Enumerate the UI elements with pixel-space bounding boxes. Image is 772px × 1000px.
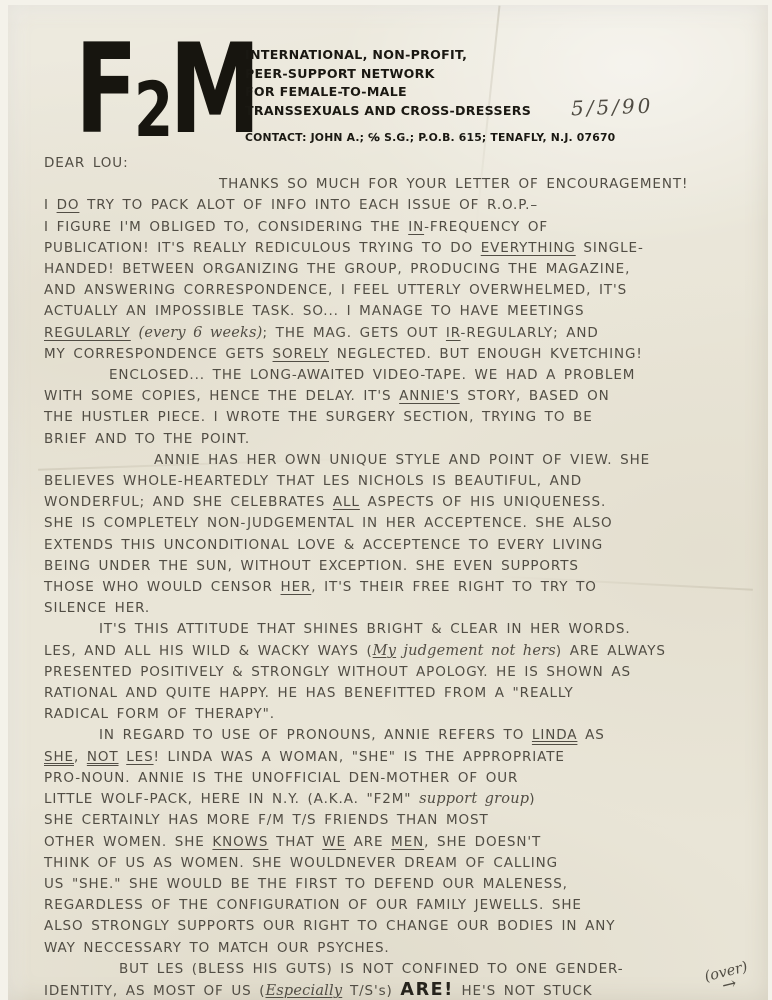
text-segment: ENCLOSED... THE LONG-AWAITED VIDEO-TAPE.… xyxy=(109,367,635,383)
text-segment: ) xyxy=(529,791,535,807)
text-segment: KNOWS xyxy=(212,834,268,850)
text-segment: EVERYTHING xyxy=(481,240,576,256)
letter-line: BEING UNDER THE SUN, WITHOUT EXCEPTION. … xyxy=(44,556,760,577)
text-segment: TRY TO PACK ALOT OF INFO INTO EACH ISSUE… xyxy=(79,197,538,213)
org-line: FOR FEMALE-TO-MALE xyxy=(245,83,615,102)
text-segment: WITH SOME COPIES, HENCE THE DELAY. IT'S xyxy=(44,388,399,404)
text-segment: HE'S NOT STUCK xyxy=(454,983,593,999)
text-segment: REGULARLY xyxy=(44,325,131,341)
org-line: PEER-SUPPORT NETWORK xyxy=(245,65,615,84)
text-segment: ANNIE HAS HER OWN UNIQUE STYLE AND POINT… xyxy=(154,452,650,468)
text-segment: BUT LES (BLESS HIS GUTS) IS NOT CONFINED… xyxy=(119,961,624,977)
text-segment: RADICAL FORM OF THERAPY". xyxy=(44,706,275,722)
text-segment: RATIONAL AND QUITE HAPPY. HE HAS BENEFIT… xyxy=(44,685,574,701)
text-segment: BRIEF AND TO THE POINT. xyxy=(44,431,250,447)
org-description: INTERNATIONAL, NON-PROFIT, PEER-SUPPORT … xyxy=(245,46,615,148)
org-line: INTERNATIONAL, NON-PROFIT, xyxy=(245,46,615,65)
f2m-logo: F 2 M xyxy=(75,43,256,137)
text-segment: IN REGARD TO USE OF PRONOUNS, ANNIE REFE… xyxy=(99,727,532,743)
letter-line: PRESENTED POSITIVELY & STRONGLY WITHOUT … xyxy=(44,662,760,683)
text-segment: (every 6 weeks) xyxy=(138,325,262,341)
text-segment: US "SHE." SHE WOULD BE THE FIRST TO DEFE… xyxy=(44,876,568,892)
letter-line: DEAR LOU: xyxy=(44,153,760,174)
text-segment: LINDA xyxy=(532,727,578,743)
text-segment: , IT'S THEIR FREE RIGHT TO TRY TO xyxy=(311,579,597,595)
letter-line: ALSO STRONGLY SUPPORTS OUR RIGHT TO CHAN… xyxy=(44,916,760,937)
text-segment: SINGLE- xyxy=(576,240,644,256)
text-segment: ASPECTS OF HIS UNIQUENESS. xyxy=(360,494,606,510)
letter-date: 5/5/90 xyxy=(571,94,654,121)
text-segment: WONDERFUL; AND SHE CELEBRATES xyxy=(44,494,333,510)
text-segment: EXTENDS THIS UNCONDITIONAL LOVE & ACCEPT… xyxy=(44,537,603,553)
text-segment: , SHE DOESN'T xyxy=(424,834,541,850)
text-segment: WAY NECCESSARY TO MATCH OUR PSYCHES. xyxy=(44,940,390,956)
text-segment: SORELY xyxy=(273,346,329,362)
text-segment: LES xyxy=(126,749,153,765)
letter-line: THANKS SO MUCH FOR YOUR LETTER OF ENCOUR… xyxy=(44,174,760,195)
text-segment: judgement not hers xyxy=(396,643,556,659)
letter-line: I FIGURE I'M OBLIGED TO, CONSIDERING THE… xyxy=(44,217,760,238)
text-segment: NOT xyxy=(87,749,119,765)
letter-line: US "SHE." SHE WOULD BE THE FIRST TO DEFE… xyxy=(44,874,760,895)
letter-line: ACTUALLY AN IMPOSSIBLE TASK. SO... I MAN… xyxy=(44,301,760,322)
text-segment: THOSE WHO WOULD CENSOR xyxy=(44,579,281,595)
text-segment: SHE CERTAINLY HAS MORE F/M T/S FRIENDS T… xyxy=(44,812,489,828)
text-segment: SHE IS COMPLETELY NON-JUDGEMENTAL IN HER… xyxy=(44,515,613,531)
text-segment: HER xyxy=(281,579,312,595)
letter-line: REGARDLESS OF THE CONFIGURATION OF OUR F… xyxy=(44,895,760,916)
letter-line: EXTENDS THIS UNCONDITIONAL LOVE & ACCEPT… xyxy=(44,535,760,556)
text-segment: ARE xyxy=(346,834,391,850)
text-segment: THE HUSTLER PIECE. I WROTE THE SURGERY S… xyxy=(44,409,593,425)
text-segment: THANKS SO MUCH FOR YOUR LETTER OF ENCOUR… xyxy=(219,176,688,192)
letter-line: BELIEVES WHOLE-HEARTEDLY THAT LES NICHOL… xyxy=(44,471,760,492)
text-segment: ARE! xyxy=(400,980,453,1000)
letter-line: IT'S THIS ATTITUDE THAT SHINES BRIGHT & … xyxy=(44,619,760,640)
letter-line: BUT LES (BLESS HIS GUTS) IS NOT CONFINED… xyxy=(44,959,760,980)
text-segment: support group xyxy=(419,791,529,807)
text-segment: LES, AND ALL HIS WILD & WACKY WAYS ( xyxy=(44,643,373,659)
text-segment: MY CORRESPONDENCE GETS xyxy=(44,346,273,362)
text-segment: OTHER WOMEN. SHE xyxy=(44,834,212,850)
text-segment: DEAR LOU: xyxy=(44,155,129,171)
letter-line: THOSE WHO WOULD CENSOR HER, IT'S THEIR F… xyxy=(44,577,760,598)
text-segment: ALSO STRONGLY SUPPORTS OUR RIGHT TO CHAN… xyxy=(44,918,615,934)
text-segment: PUBLICATION! IT'S REALLY REDICULOUS TRYI… xyxy=(44,240,481,256)
text-segment: AS xyxy=(577,727,604,743)
letter-line: SHE, NOT LES! LINDA WAS A WOMAN, "SHE" I… xyxy=(44,747,760,768)
logo-letter-f: F xyxy=(75,43,133,137)
letter-line: SILENCE HER. xyxy=(44,598,760,619)
text-segment: I xyxy=(44,197,57,213)
text-segment: SILENCE HER. xyxy=(44,600,150,616)
letter-line: REGULARLY (every 6 weeks); THE MAG. GETS… xyxy=(44,323,760,344)
letter-line: PRO-NOUN. ANNIE IS THE UNOFFICIAL DEN-MO… xyxy=(44,768,760,789)
letter-line: RATIONAL AND QUITE HAPPY. HE HAS BENEFIT… xyxy=(44,683,760,704)
text-segment: I FIGURE I'M OBLIGED TO, CONSIDERING THE xyxy=(44,219,408,235)
text-segment: ) ARE ALWAYS xyxy=(556,643,666,659)
text-segment: T/S's) xyxy=(342,983,400,999)
letter-line: SHE IS COMPLETELY NON-JUDGEMENTAL IN HER… xyxy=(44,513,760,534)
text-segment: STORY, BASED ON xyxy=(460,388,610,404)
text-segment: PRESENTED POSITIVELY & STRONGLY WITHOUT … xyxy=(44,664,631,680)
letter-line: WONDERFUL; AND SHE CELEBRATES ALL ASPECT… xyxy=(44,492,760,513)
text-segment: ! LINDA WAS A WOMAN, "SHE" IS THE APPROP… xyxy=(154,749,565,765)
letter-line: AND ANSWERING CORRESPONDENCE, I FEEL UTT… xyxy=(44,280,760,301)
text-segment: IR xyxy=(446,325,461,341)
letter-line: RADICAL FORM OF THERAPY". xyxy=(44,704,760,725)
text-segment: My xyxy=(373,643,396,659)
text-segment: LITTLE WOLF-PACK, HERE IN N.Y. (A.K.A. "… xyxy=(44,791,419,807)
letter-line: MY CORRESPONDENCE GETS SORELY NEGLECTED.… xyxy=(44,344,760,365)
text-segment: IT'S THIS ATTITUDE THAT SHINES BRIGHT & … xyxy=(99,621,631,637)
letter-line: IDENTITY, AS MOST OF US (Especially T/S'… xyxy=(44,980,760,1000)
text-segment: -REGULARLY; AND xyxy=(461,325,599,341)
letter-line: HANDED! BETWEEN ORGANIZING THE GROUP, PR… xyxy=(44,259,760,280)
text-segment: SHE xyxy=(44,749,74,765)
letter-line: LES, AND ALL HIS WILD & WACKY WAYS (My j… xyxy=(44,641,760,662)
text-segment: -FREQUENCY OF xyxy=(424,219,548,235)
letter-line: SHE CERTAINLY HAS MORE F/M T/S FRIENDS T… xyxy=(44,810,760,831)
text-segment: ACTUALLY AN IMPOSSIBLE TASK. SO... I MAN… xyxy=(44,303,584,319)
letter-line: ENCLOSED... THE LONG-AWAITED VIDEO-TAPE.… xyxy=(44,365,760,386)
letter-line: WAY NECCESSARY TO MATCH OUR PSYCHES. xyxy=(44,938,760,959)
letter-body: DEAR LOU:THANKS SO MUCH FOR YOUR LETTER … xyxy=(44,153,760,1000)
logo-letter-m: M xyxy=(169,43,256,137)
scanned-letter-page: F 2 M INTERNATIONAL, NON-PROFIT, PEER-SU… xyxy=(8,5,768,1000)
text-segment: HANDED! BETWEEN ORGANIZING THE GROUP, PR… xyxy=(44,261,630,277)
text-segment: THAT xyxy=(268,834,322,850)
contact-line: CONTACT: JOHN A.; ℅ S.G.; P.O.B. 615; TE… xyxy=(245,129,615,148)
text-segment: DO xyxy=(57,197,80,213)
text-segment: IN xyxy=(408,219,424,235)
text-segment: THINK OF US AS WOMEN. SHE WOULDNEVER DRE… xyxy=(44,855,558,871)
text-segment: , xyxy=(74,749,87,765)
letter-line: OTHER WOMEN. SHE KNOWS THAT WE ARE MEN, … xyxy=(44,832,760,853)
text-segment: PRO-NOUN. ANNIE IS THE UNOFFICIAL DEN-MO… xyxy=(44,770,518,786)
text-segment: ANNIE'S xyxy=(399,388,460,404)
text-segment: Especially xyxy=(265,983,342,999)
letter-line: WITH SOME COPIES, HENCE THE DELAY. IT'S … xyxy=(44,386,760,407)
letter-line: LITTLE WOLF-PACK, HERE IN N.Y. (A.K.A. "… xyxy=(44,789,760,810)
text-segment: MEN xyxy=(391,834,424,850)
letter-line: IN REGARD TO USE OF PRONOUNS, ANNIE REFE… xyxy=(44,725,760,746)
letter-line: THINK OF US AS WOMEN. SHE WOULDNEVER DRE… xyxy=(44,853,760,874)
text-segment: BELIEVES WHOLE-HEARTEDLY THAT LES NICHOL… xyxy=(44,473,582,489)
text-segment: REGARDLESS OF THE CONFIGURATION OF OUR F… xyxy=(44,897,582,913)
letter-line: I DO TRY TO PACK ALOT OF INFO INTO EACH … xyxy=(44,195,760,216)
logo-letter-2: 2 xyxy=(134,82,169,138)
letter-line: ANNIE HAS HER OWN UNIQUE STYLE AND POINT… xyxy=(44,450,760,471)
letter-line: PUBLICATION! IT'S REALLY REDICULOUS TRYI… xyxy=(44,238,760,259)
text-segment: BEING UNDER THE SUN, WITHOUT EXCEPTION. … xyxy=(44,558,579,574)
text-segment: IDENTITY, AS MOST OF US ( xyxy=(44,983,265,999)
text-segment: NEGLECTED. BUT ENOUGH KVETCHING! xyxy=(329,346,643,362)
text-segment: WE xyxy=(322,834,346,850)
letter-line: BRIEF AND TO THE POINT. xyxy=(44,429,760,450)
letter-line: THE HUSTLER PIECE. I WROTE THE SURGERY S… xyxy=(44,407,760,428)
text-segment: ALL xyxy=(333,494,360,510)
org-line: TRANSSEXUALS AND CROSS-DRESSERS xyxy=(245,102,615,121)
text-segment: AND ANSWERING CORRESPONDENCE, I FEEL UTT… xyxy=(44,282,627,298)
text-segment: ; THE MAG. GETS OUT xyxy=(263,325,446,341)
